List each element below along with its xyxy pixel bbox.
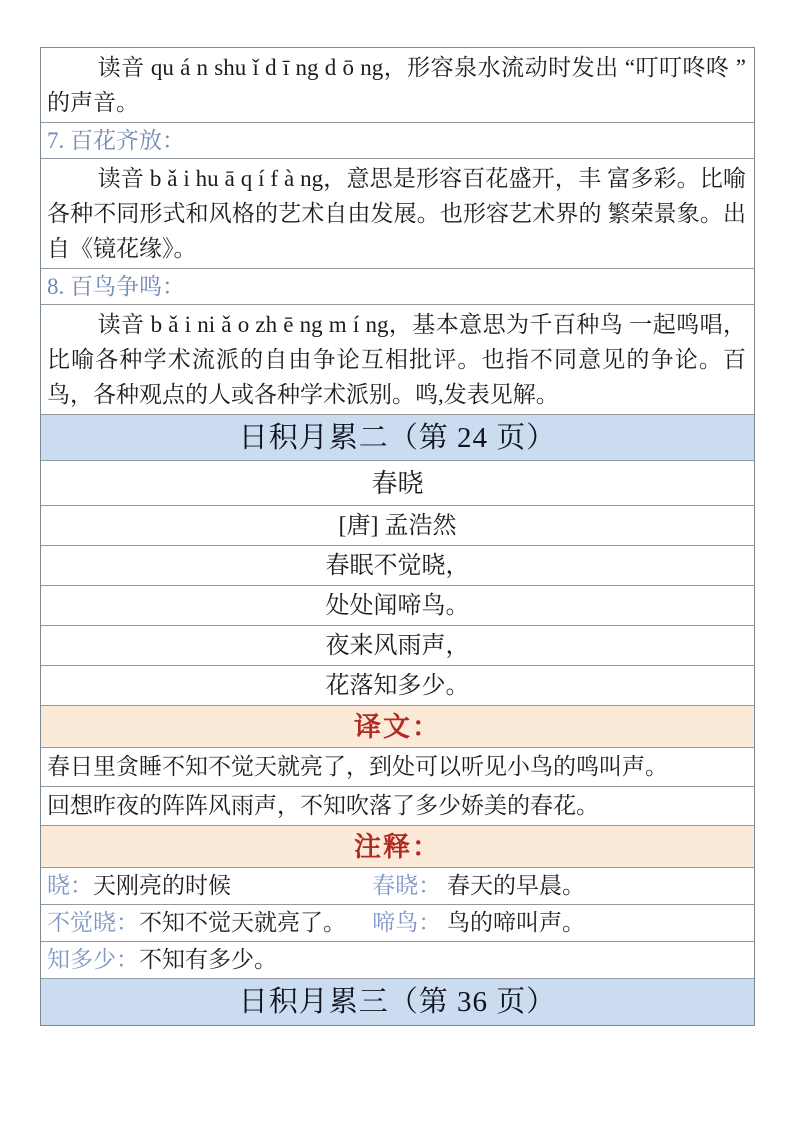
- note-definition: 不知有多少。: [139, 947, 277, 972]
- note-definition: 春天的早晨。: [441, 873, 585, 898]
- section-banner-lesson3: 日积月累三（第 36 页）: [41, 979, 754, 1025]
- note-definition: 鸟的啼叫声。: [441, 910, 585, 935]
- note-entry: 啼鸟： 鸟的啼叫声。: [372, 905, 754, 941]
- note-entry: 知多少：不知有多少。: [47, 942, 372, 978]
- notes-banner: 注释：: [41, 826, 754, 868]
- note-entry: 春晓： 春天的早晨。: [372, 868, 754, 904]
- translation-line-2: 回想昨夜的阵阵风雨声，不知吹落了多少娇美的春花。: [41, 787, 754, 826]
- note-term: 春晓：: [372, 873, 441, 898]
- poem-line-2: 处处闻啼鸟。: [41, 586, 754, 626]
- idiom-definition-baihuaqifang: 读音 b ǎ i hu ā q í f à ng，意思是形容百花盛开，丰 富多彩…: [41, 159, 754, 269]
- idiom-heading-8-bainiaozhengming: 8. 百鸟争鸣：: [41, 269, 754, 305]
- note-entry: 不觉晓：不知不觉天就亮了。: [47, 905, 372, 941]
- note-row-1: 晓：天刚亮的时候 春晓： 春天的早晨。: [41, 868, 754, 905]
- note-row-3: 知多少：不知有多少。: [41, 942, 754, 979]
- note-definition: 不知不觉天就亮了。: [139, 910, 346, 935]
- section-banner-lesson2: 日积月累二（第 24 页）: [41, 415, 754, 461]
- note-term: 晓：: [47, 873, 93, 898]
- note-entry: 晓：天刚亮的时候: [47, 868, 372, 904]
- poem-title: 春晓: [41, 461, 754, 506]
- poem-line-1: 春眠不觉晓，: [41, 546, 754, 586]
- note-term: 知多少：: [47, 947, 139, 972]
- note-row-2: 不觉晓：不知不觉天就亮了。 啼鸟： 鸟的啼叫声。: [41, 905, 754, 942]
- translation-banner: 译文：: [41, 706, 754, 748]
- poem-author: [唐] 孟浩然: [41, 506, 754, 546]
- worksheet-table: 读音 qu á n shu ǐ d ī ng d ō ng，形容泉水流动时发出 …: [40, 47, 755, 1026]
- idiom-definition-quanshui-dingdong: 读音 qu á n shu ǐ d ī ng d ō ng，形容泉水流动时发出 …: [41, 48, 754, 123]
- poem-line-3: 夜来风雨声，: [41, 626, 754, 666]
- note-term: 啼鸟：: [372, 910, 441, 935]
- note-term: 不觉晓：: [47, 910, 139, 935]
- document-page: 读音 qu á n shu ǐ d ī ng d ō ng，形容泉水流动时发出 …: [0, 0, 794, 1123]
- note-entry: [372, 942, 754, 978]
- translation-line-1: 春日里贪睡不知不觉天就亮了，到处可以听见小鸟的鸣叫声。: [41, 748, 754, 787]
- idiom-heading-7-baihuaqifang: 7. 百花齐放：: [41, 123, 754, 159]
- poem-line-4: 花落知多少。: [41, 666, 754, 706]
- idiom-definition-bainiaozhengming: 读音 b ǎ i ni ǎ o zh ē ng m í ng，基本意思为千百种鸟…: [41, 305, 754, 415]
- note-definition: 天刚亮的时候: [93, 873, 231, 898]
